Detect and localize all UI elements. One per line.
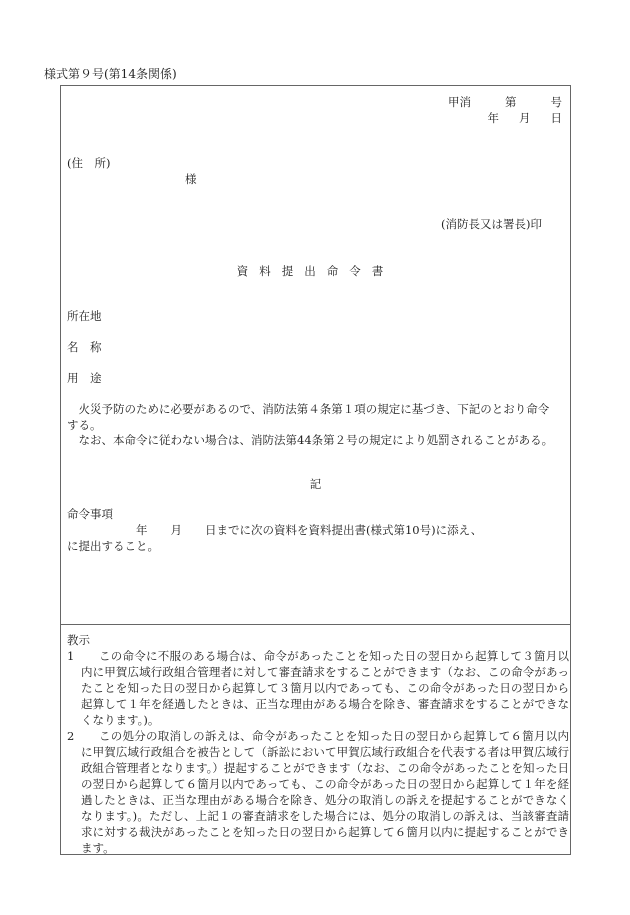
field-use-label: 用 途 — [67, 370, 102, 386]
date-month: 月 — [519, 111, 531, 125]
order-body-text: 火災予防のために必要があるので、消防法第４条第１項の規定に基づき、下記のとおり命… — [67, 402, 567, 449]
doc-number-go: 号 — [551, 95, 563, 109]
form-number-label: 様式第９号(第14条関係) — [44, 66, 177, 82]
order-items-line-1: 年 月 日までに次の資料を資料提出書(様式第10号)に添え、 — [67, 522, 482, 538]
notice-item-text: この処分の取消しの訴えは、命令があったことを知った日の翌日から起算して６箇月以内… — [81, 728, 569, 856]
recipient-honorific: 様 — [185, 171, 197, 187]
date-day: 日 — [551, 111, 563, 125]
body-paragraph-2: なお、本命令に従わない場合は、消防法第44条第２号の規定により処罰されることがあ… — [67, 433, 567, 449]
section-divider — [61, 624, 570, 625]
order-items-heading: 命令事項 — [67, 506, 113, 522]
ki-heading: 記 — [61, 476, 570, 492]
body-paragraph-1-line-1: 火災予防のために必要があるので、消防法第４条第１項の規定に基づき、下記のとおり命… — [67, 402, 567, 418]
notice-item: 1 この命令に不服のある場合は、命令があったことを知った日の翌日から起算して３箇… — [67, 648, 569, 728]
issuer-seal-line: (消防長又は署長)印 — [441, 216, 542, 232]
body-paragraph-1-line-2: する。 — [67, 418, 567, 434]
notice-list: 1 この命令に不服のある場合は、命令があったことを知った日の翌日から起算して３箇… — [67, 648, 569, 856]
notice-item-text: この命令に不服のある場合は、命令があったことを知った日の翌日から起算して３箇月以… — [81, 648, 569, 728]
document-date: 年月日 — [488, 110, 563, 126]
document-number: 甲消第号 — [448, 94, 562, 110]
notice-item-number: 1 — [67, 648, 74, 664]
order-items-line-2: に提出すること。 — [67, 538, 159, 554]
doc-number-prefix: 甲消 — [448, 95, 471, 109]
doc-number-dai: 第 — [505, 95, 517, 109]
field-name-label: 名 称 — [67, 339, 102, 355]
field-location-label: 所在地 — [67, 308, 102, 324]
recipient-address-label: (住 所) — [67, 155, 110, 171]
document-title: 資料提出命令書 — [61, 263, 570, 279]
notice-item-number: 2 — [67, 728, 74, 744]
document-frame: 甲消第号 年月日 (住 所) 様 (消防長又は署長)印 資料提出命令書 所在地 … — [60, 85, 571, 855]
notice-item: 2 この処分の取消しの訴えは、命令があったことを知った日の翌日から起算して６箇月… — [67, 728, 569, 856]
date-year: 年 — [488, 111, 500, 125]
notice-heading: 教示 — [67, 632, 90, 648]
